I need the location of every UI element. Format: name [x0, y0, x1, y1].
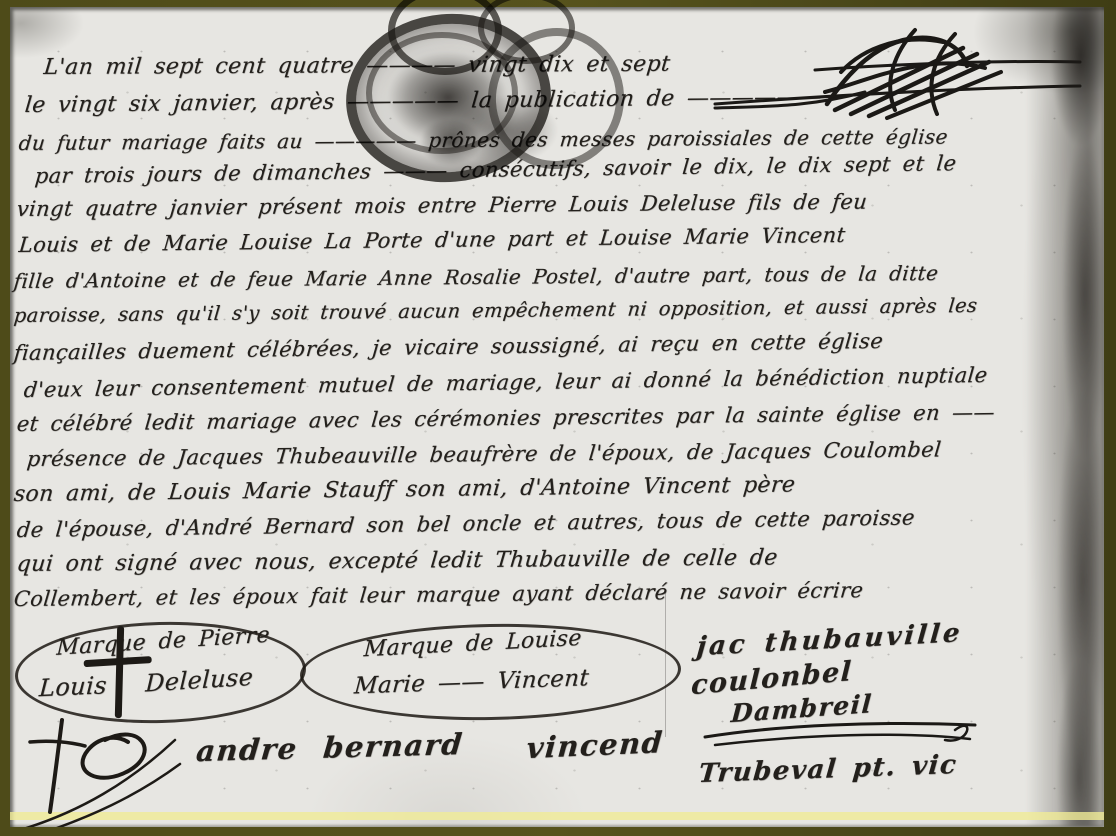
manuscript-line: L'an mil sept cent quatre ———— vingt dix… — [43, 52, 672, 80]
paraph-flourish — [10, 712, 190, 827]
bride-mark-caption: Marque de Louise — [363, 626, 582, 663]
manuscript-line: le vingt six janvier, après ————— la pub… — [24, 85, 823, 118]
manuscript-line: fiançailles duement célébrées, je vicair… — [13, 329, 884, 365]
manuscript-line: par trois jours de dimanches ——— consécu… — [34, 151, 958, 188]
ink-scribble-crossout — [565, 22, 1085, 132]
manuscript-line: paroisse, sans qu'il s'y soit trouvé auc… — [13, 294, 979, 327]
groom-mark-name-right: Deleluse — [145, 663, 254, 698]
scanner-highlight-band — [10, 812, 1104, 820]
bride-mark-oval: Marque de Louise Marie —— Vincent — [299, 621, 682, 724]
signature-vincent: vincend — [525, 725, 664, 765]
manuscript-line: fille d'Antoine et de feue Marie Anne Ro… — [13, 261, 940, 293]
manuscript-line: Louis et de Marie Louise La Porte d'une … — [18, 223, 847, 257]
manuscript-line: présence de Jacques Thubeauville beaufrè… — [26, 437, 943, 471]
signature-cross-icon — [115, 626, 124, 718]
manuscript-line: vingt quatre janvier présent mois entre … — [16, 190, 869, 221]
manuscript-line: qui ont signé avec nous, excepté ledit T… — [16, 545, 779, 577]
signature-vicar: Trubeval pt. vic — [697, 750, 958, 789]
manuscript-page: L'an mil sept cent quatre ———— vingt dix… — [10, 7, 1104, 827]
groom-mark-name-left: Louis — [38, 671, 107, 702]
binding-gutter-shadow — [1026, 7, 1104, 827]
signature-thubauville: jac thubauville — [695, 618, 963, 662]
groom-mark-caption: Marque de Pierre — [56, 623, 271, 661]
manuscript-line: son ami, de Louis Marie Stauff son ami, … — [13, 472, 797, 507]
document-scan: L'an mil sept cent quatre ———— vingt dix… — [0, 0, 1116, 836]
manuscript-line: et célébré ledit mariage avec les cérémo… — [16, 400, 996, 436]
manuscript-line: de l'épouse, d'André Bernard son bel onc… — [16, 505, 916, 542]
manuscript-line: d'eux leur consentement mutuel de mariag… — [23, 363, 989, 402]
bride-mark-name: Marie —— Vincent — [353, 665, 590, 699]
signature-bernard: andre bernard — [195, 727, 465, 768]
manuscript-line: du futur mariage faits au ————— prônes d… — [18, 125, 949, 156]
groom-mark-oval: Marque de Pierre Louis Deleluse — [14, 618, 308, 727]
manuscript-line: Collembert, et les époux fait leur marqu… — [13, 578, 865, 611]
